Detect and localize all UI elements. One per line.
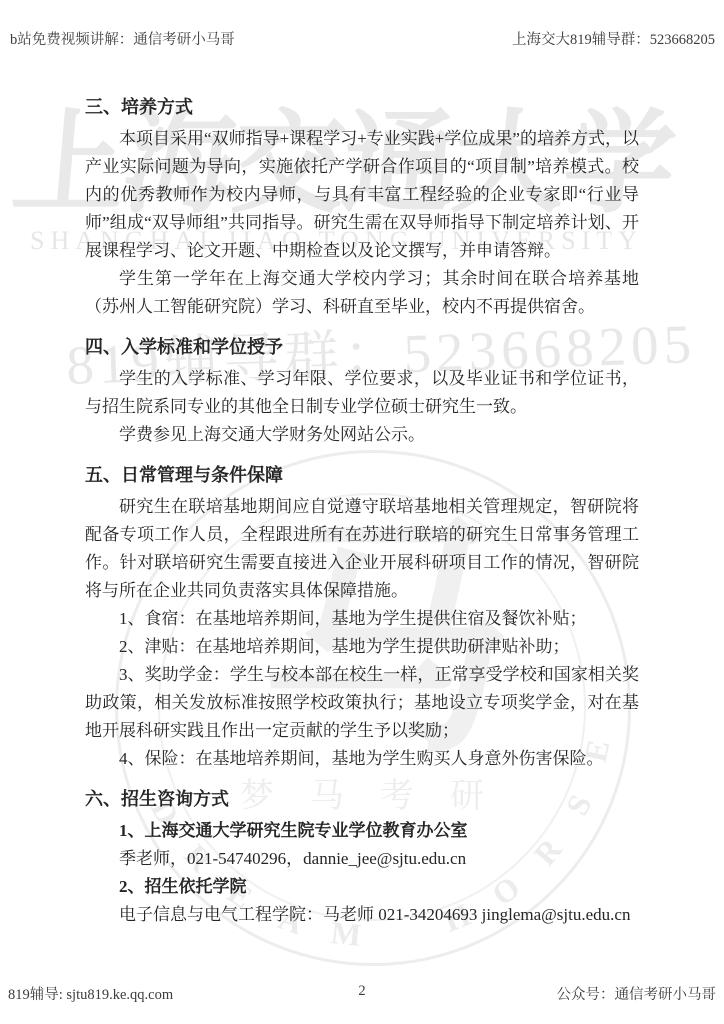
list-item-scholarship: 3、奖助学金：学生与校本部在校生一样，正常享受学校和国家相关奖助政策，相关发放标… bbox=[85, 661, 639, 745]
section-heading: 六、招生咨询方式 bbox=[85, 785, 639, 813]
paragraph: 本项目采用“双师指导+课程学习+专业实践+学位成果”的培养方式，以产业实际问题为… bbox=[85, 125, 639, 265]
consult-school-contact: 电子信息与电气工程学院：马老师 021-34204693 jinglema@sj… bbox=[85, 901, 639, 929]
section-heading: 五、日常管理与条件保障 bbox=[85, 461, 639, 489]
section-admission-degree: 四、入学标准和学位授予 学生的入学标准、学习年限、学位要求，以及毕业证书和学位证… bbox=[85, 333, 639, 449]
consult-office-title: 1、上海交通大学研究生院专业学位教育办公室 bbox=[85, 817, 639, 845]
section-heading: 三、培养方式 bbox=[85, 93, 639, 121]
section-daily-management: 五、日常管理与条件保障 研究生在联培基地期间应自觉遵守联培基地相关管理规定，智研… bbox=[85, 461, 639, 773]
list-item-insurance: 4、保险：在基地培养期间，基地为学生购买人身意外伤害保险。 bbox=[85, 745, 639, 773]
consult-school-title: 2、招生依托学院 bbox=[85, 873, 639, 901]
header-left-text: b站免费视频讲解：通信考研小马哥 bbox=[10, 28, 235, 49]
section-heading: 四、入学标准和学位授予 bbox=[85, 333, 639, 361]
paragraph: 学生的入学标准、学习年限、学位要求，以及毕业证书和学位证书，与招生院系同专业的其… bbox=[85, 365, 639, 421]
header-right-text: 上海交大819辅导群：523668205 bbox=[512, 28, 715, 49]
consult-office-contact: 季老师，021-54740296，dannie_jee@sjtu.edu.cn bbox=[85, 845, 639, 873]
document-body: 三、培养方式 本项目采用“双师指导+课程学习+专业实践+学位成果”的培养方式，以… bbox=[85, 90, 639, 929]
footer-right-text: 公众号：通信考研小马哥 bbox=[557, 983, 717, 1004]
paragraph: 研究生在联培基地期间应自觉遵守联培基地相关管理规定，智研院将配备专项工作人员，全… bbox=[85, 493, 639, 605]
list-item-accommodation: 1、食宿：在基地培养期间，基地为学生提供住宿及餐饮补贴； bbox=[85, 605, 639, 633]
list-item-allowance: 2、津贴：在基地培养期间，基地为学生提供助研津贴补助； bbox=[85, 633, 639, 661]
section-consultation: 六、招生咨询方式 1、上海交通大学研究生院专业学位教育办公室 季老师，021-5… bbox=[85, 785, 639, 929]
document-page: 上海交通大学 SHANGHAI JIAO TONG UNIVERSITY 819… bbox=[0, 0, 724, 1024]
paragraph: 学生第一学年在上海交通大学校内学习；其余时间在联合培养基地（苏州人工智能研究院）… bbox=[85, 265, 639, 321]
section-training-mode: 三、培养方式 本项目采用“双师指导+课程学习+专业实践+学位成果”的培养方式，以… bbox=[85, 93, 639, 321]
paragraph: 学费参见上海交通大学财务处网站公示。 bbox=[85, 421, 639, 449]
